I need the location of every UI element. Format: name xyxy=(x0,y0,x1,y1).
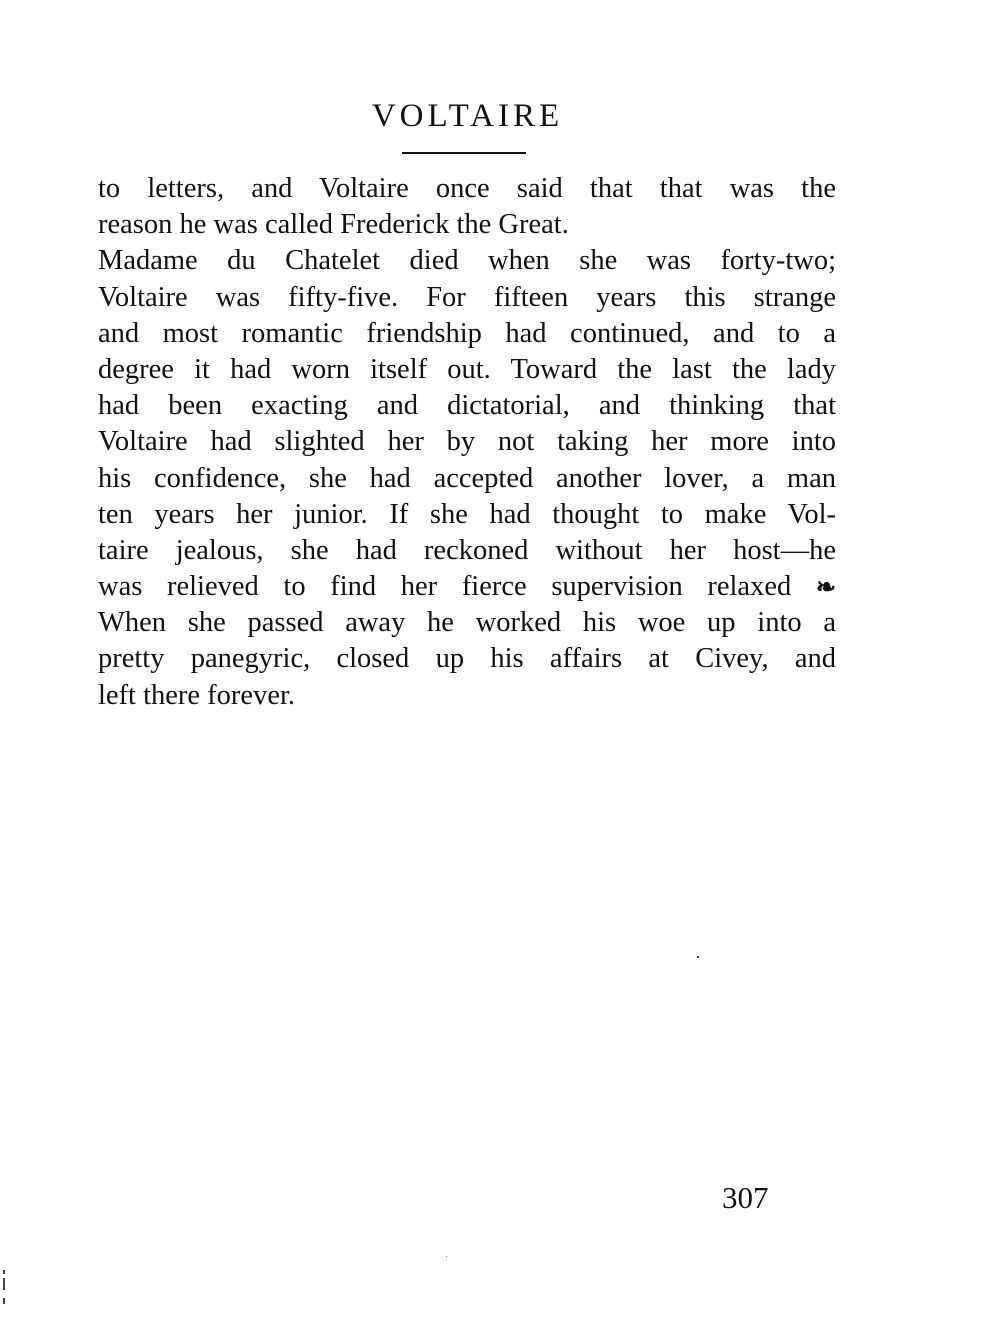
page-number: 307 xyxy=(722,1180,769,1216)
text-line: taire jealous, she had reckoned without … xyxy=(98,533,836,569)
scan-speck xyxy=(697,956,699,958)
text-line: degree it had worn itself out. Toward th… xyxy=(98,352,836,388)
text-line: reason he was called Frederick the Great… xyxy=(98,207,836,243)
text-line: Madame du Chatelet died when she was for… xyxy=(98,243,836,279)
running-head: VOLTAIRE xyxy=(0,96,935,136)
text-line: ten years her junior. If she had thought… xyxy=(98,497,836,533)
scan-mark xyxy=(3,1270,5,1274)
text-line: When she passed away he worked his woe u… xyxy=(98,605,836,641)
text-line: left there forever. xyxy=(98,678,836,714)
scan-mark xyxy=(3,1278,5,1290)
body-text: to letters, and Voltaire once said that … xyxy=(98,171,836,714)
scan-margin-marks xyxy=(3,1270,5,1314)
text-line: his confidence, she had accepted another… xyxy=(98,461,836,497)
text-line: pretty panegyric, closed up his affairs … xyxy=(98,641,836,677)
text-line: and most romantic friendship had continu… xyxy=(98,316,836,352)
scan-mark xyxy=(3,1298,5,1304)
text-line: to letters, and Voltaire once said that … xyxy=(98,171,836,207)
scan-speck xyxy=(446,1256,447,1257)
text-line: had been exacting and dictatorial, and t… xyxy=(98,388,836,424)
text-line-with-fleuron: was relieved to find her fierce supervis… xyxy=(98,569,836,605)
text-line: Voltaire was fifty-five. For fifteen yea… xyxy=(98,280,836,316)
head-rule-divider xyxy=(402,152,526,154)
fleuron-ornament-icon: ❧ xyxy=(816,575,836,601)
book-page: VOLTAIRE to letters, and Voltaire once s… xyxy=(0,0,1000,1324)
text-line: Voltaire had slighted her by not taking … xyxy=(98,424,836,460)
text-segment: was relieved to find her fierce supervis… xyxy=(98,571,791,602)
